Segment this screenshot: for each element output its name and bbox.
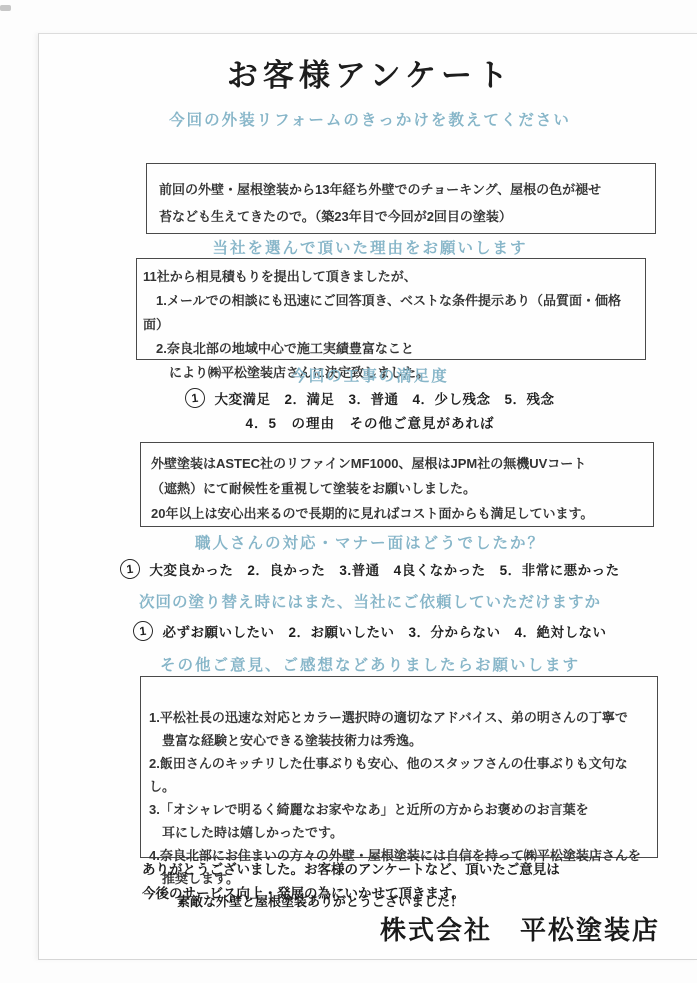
- circled-choice-1: 1: [184, 387, 206, 409]
- circled-choice-1: 1: [119, 558, 141, 580]
- repeat-options-text: 必ずお願いしたい 2．お願いしたい 3．分からない 4．絶対しない: [162, 625, 606, 640]
- footer-note: ありがとうございました。お客様のアンケートなど、頂いたご意見は 今後のサービス向…: [142, 858, 662, 906]
- question-heading-reform-trigger: 今回の外装リフォームのきっかけを教えてください: [50, 108, 690, 130]
- scan-artifact: [0, 5, 11, 11]
- question-heading-craftsman-manner: 職人さんの対応・マナー面はどうでしたか？: [50, 531, 690, 553]
- answer-box-satisfaction-reason: 外壁塗装はASTEC社のリファインMF1000、屋根はJPM社の無機UVコート …: [140, 442, 654, 527]
- manner-options-row: 1大変良かった 2．良かった 3.普通 4良くなかった 5．非常に悪かった: [50, 559, 690, 579]
- repeat-options-row: 1必ずお願いしたい 2．お願いしたい 3．分からない 4．絶対しない: [50, 621, 690, 641]
- circled-choice-1: 1: [132, 620, 154, 642]
- answer-box-reform-trigger: 前回の外壁・屋根塗装から13年経ち外壁でのチョーキング、屋根の色が褪せ 苔なども…: [146, 163, 656, 234]
- question-heading-why-us: 当社を選んで頂いた理由をお願いします: [50, 236, 690, 258]
- question-heading-other-comments: その他ご意見、ご感想などありましたらお願いします: [50, 653, 690, 675]
- answer-box-why-us: 11社から相見積もりを提出して頂きましたが、 1.メールでの相談にも迅速にご回答…: [136, 258, 646, 360]
- company-name: 株式会社 平松塗装店: [380, 910, 660, 947]
- satisfaction-options-text: 大変満足 2．満足 3．普通 4．少し残念 5．残念: [214, 392, 554, 407]
- satisfaction-options-row: 1大変満足 2．満足 3．普通 4．少し残念 5．残念: [50, 388, 690, 408]
- answer-box-other-comments: 1.平松社長の迅速な対応とカラー選択時の適切なアドバイス、弟の明さんの丁寧で 豊…: [140, 676, 658, 858]
- question-heading-repeat-request: 次回の塗り替え時にはまた、当社にご依頼していただけますか: [50, 590, 690, 612]
- satisfaction-reason-prompt: 4．5 の理由 その他ご意見があれば: [50, 412, 690, 432]
- question-heading-satisfaction: 今回の工事の満足度: [50, 364, 690, 386]
- page-title: お客様アンケート: [50, 50, 690, 95]
- manner-options-text: 大変良かった 2．良かった 3.普通 4良くなかった 5．非常に悪かった: [149, 563, 619, 578]
- scanned-survey-page: お客様アンケート 今回の外装リフォームのきっかけを教えてください 前回の外壁・屋…: [0, 0, 697, 983]
